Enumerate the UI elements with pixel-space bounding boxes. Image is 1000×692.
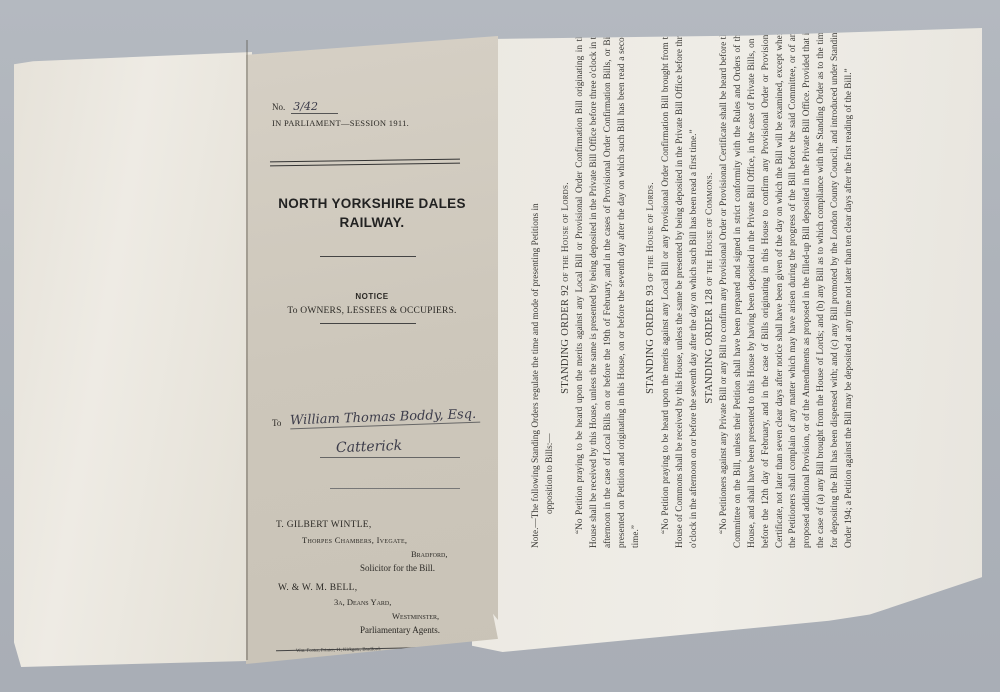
address-line: [320, 457, 460, 458]
title-line-1: NORTH YORKSHIRE DALES: [246, 194, 498, 213]
inner-page-standing-orders: Note.—The following Standing Orders regu…: [472, 28, 982, 652]
standing-order-128-text: “No Petitioners against any Private Bill…: [718, 28, 856, 548]
to-label: To: [272, 418, 281, 428]
note-continuation: opposition to Bills:—: [544, 28, 558, 548]
standing-order-92-heading: STANDING ORDER 92 of the House of Lords.: [559, 28, 574, 548]
note-lead: Note.—The following Standing Orders regu…: [530, 28, 544, 548]
so92-house: of the House of Lords.: [561, 182, 571, 282]
printer-imprint: Wm. Foster, Printer, 11, Kirkgate, Bradf…: [296, 647, 381, 654]
recipient-name-handwritten: William Thomas Boddy, Esq.: [290, 407, 481, 430]
solicitor-address-1: Thorpes Chambers, Ivegate,: [302, 535, 407, 545]
divider-rule: [320, 256, 416, 257]
standing-order-128-heading: STANDING ORDER 128 of the House of Commo…: [703, 28, 718, 548]
blank-address-line: [330, 488, 460, 489]
solicitor-name: T. GILBERT WINTLE,: [276, 520, 372, 530]
so128-house: of the House of Commons.: [705, 172, 715, 286]
document-number: No.3/42: [272, 100, 338, 113]
agents-address-2: Westminster,: [392, 611, 439, 621]
agents-role: Parliamentary Agents.: [360, 625, 440, 635]
notice-cover-page: No.3/42 IN PARLIAMENT—SESSION 1911. NORT…: [246, 36, 498, 664]
solicitor-address-2: Bradford,: [411, 549, 447, 559]
so92-title: STANDING ORDER 92: [560, 285, 571, 394]
agents-address-1: 3a, Deans Yard,: [334, 597, 391, 607]
standing-orders-text: Note.—The following Standing Orders regu…: [530, 28, 840, 548]
double-rule-divider: [270, 159, 460, 167]
so93-title: STANDING ORDER 93: [645, 285, 656, 394]
number-handwritten: 3/42: [291, 100, 338, 114]
agents-name: W. & W. M. BELL,: [278, 583, 357, 593]
standing-order-93-text: “No Petition praying to be heard upon th…: [660, 28, 701, 548]
so93-house: of the House of Lords.: [646, 182, 656, 282]
notice-addressees: To OWNERS, LESSEES & OCCUPIERS.: [246, 306, 498, 316]
session-line: IN PARLIAMENT—SESSION 1911.: [272, 118, 409, 128]
left-flap-page: [14, 52, 252, 667]
number-label: No.: [272, 102, 285, 112]
divider-rule-2: [320, 323, 416, 324]
standing-order-92-text: “No Petition praying to be heard upon th…: [574, 28, 643, 548]
standing-order-93-heading: STANDING ORDER 93 of the House of Lords.: [644, 28, 659, 548]
spine-crease: [246, 40, 248, 660]
page-fold-crease: [992, 88, 993, 628]
notice-heading: NOTICE: [246, 292, 498, 301]
recipient-place-handwritten: Catterick: [336, 438, 403, 456]
solicitor-role: Solicitor for the Bill.: [360, 563, 435, 573]
railway-title: NORTH YORKSHIRE DALES RAILWAY.: [246, 194, 498, 232]
title-line-2: RAILWAY.: [246, 213, 498, 232]
so128-title: STANDING ORDER 128: [704, 289, 715, 404]
